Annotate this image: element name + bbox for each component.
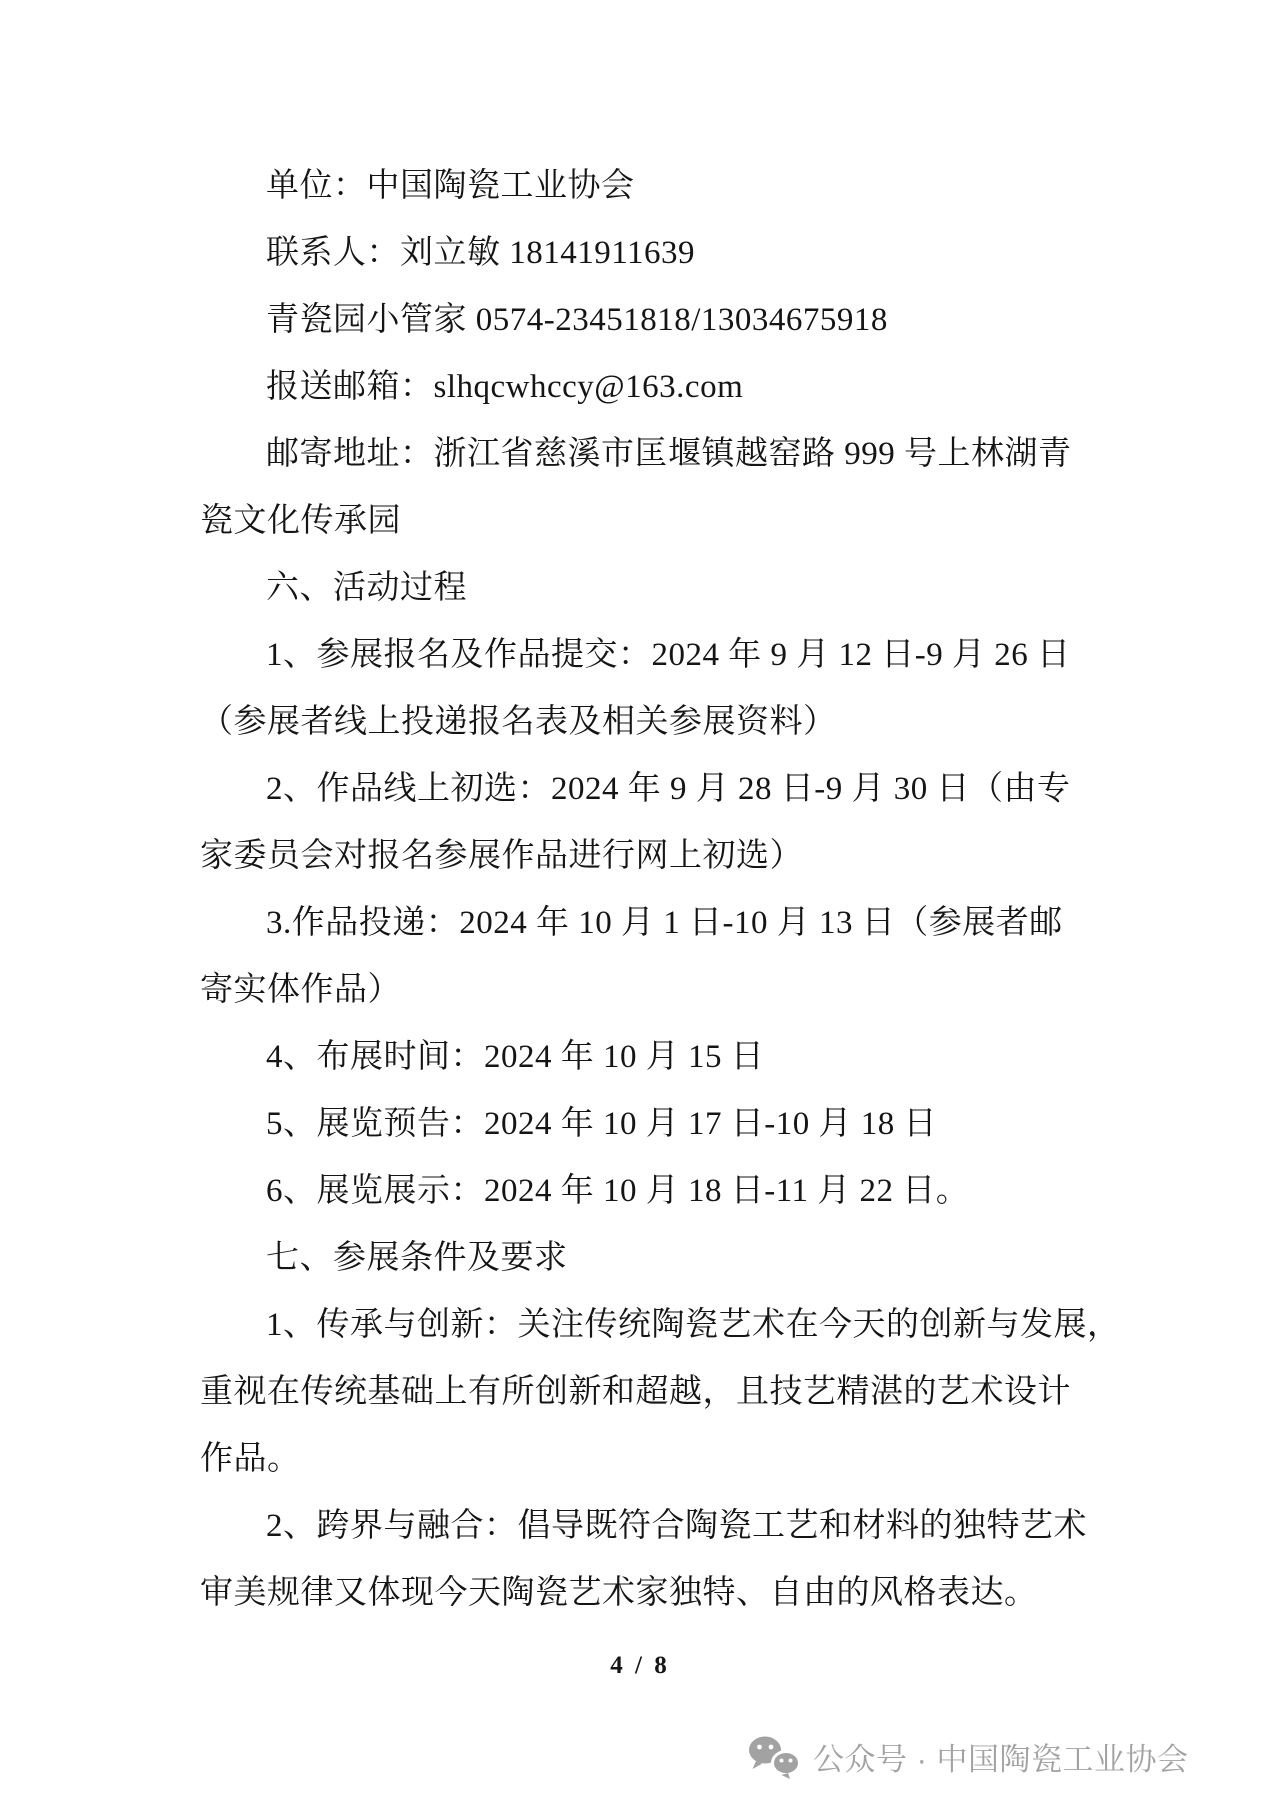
page-number: 4 / 8 (0, 1652, 1280, 1680)
doc-line-email: 报送邮箱：slhqcwhccy@163.com (200, 354, 1130, 421)
doc-line-req-1a: 1、传承与创新：关注传统陶瓷艺术在今天的创新与发展， (200, 1292, 1130, 1359)
doc-line-req-1b: 重视在传统基础上有所创新和超越，且技艺精湛的艺术设计 (200, 1359, 1130, 1426)
doc-line-item-2a: 2、作品线上初选：2024 年 9 月 28 日-9 月 30 日（由专 (200, 756, 1130, 823)
doc-line-address-2: 瓷文化传承园 (200, 488, 1130, 555)
doc-line-item-1a: 1、参展报名及作品提交：2024 年 9 月 12 日-9 月 26 日 (200, 622, 1130, 689)
doc-line-section-6: 六、活动过程 (200, 555, 1130, 622)
doc-line-address-1: 邮寄地址：浙江省慈溪市匡堰镇越窑路 999 号上林湖青 (200, 421, 1130, 488)
wechat-icon (748, 1735, 801, 1779)
watermark-label: 公众号 · 中国陶瓷工业协会 (813, 1734, 1189, 1779)
doc-line-item-2b: 家委员会对报名参展作品进行网上初选） (200, 823, 1130, 890)
doc-line-req-1c: 作品。 (200, 1426, 1130, 1493)
doc-line-req-2b: 审美规律又体现今天陶瓷艺术家独特、自由的风格表达。 (200, 1560, 1130, 1627)
doc-line-item-4: 4、布展时间：2024 年 10 月 15 日 (200, 1024, 1130, 1091)
doc-line-item-3a: 3.作品投递：2024 年 10 月 1 日-10 月 13 日（参展者邮 (200, 890, 1130, 957)
doc-line-item-3b: 寄实体作品） (200, 957, 1130, 1024)
doc-line-item-5: 5、展览预告：2024 年 10 月 17 日-10 月 18 日 (200, 1091, 1130, 1158)
wechat-watermark: 公众号 · 中国陶瓷工业协会 (748, 1734, 1189, 1779)
doc-line-phone: 青瓷园小管家 0574-23451818/13034675918 (200, 287, 1130, 354)
doc-line-contact: 联系人：刘立敏 18141911639 (200, 220, 1130, 287)
doc-line-section-7: 七、参展条件及要求 (200, 1225, 1130, 1292)
doc-line-unit: 单位：中国陶瓷工业协会 (200, 153, 1130, 220)
document-page: 单位：中国陶瓷工业协会 联系人：刘立敏 18141911639 青瓷园小管家 0… (0, 0, 1280, 1809)
doc-line-item-6: 6、展览展示：2024 年 10 月 18 日-11 月 22 日。 (200, 1158, 1130, 1225)
doc-line-item-1b: （参展者线上投递报名表及相关参展资料） (200, 689, 1130, 756)
document-body: 单位：中国陶瓷工业协会 联系人：刘立敏 18141911639 青瓷园小管家 0… (200, 153, 1130, 1627)
doc-line-req-2a: 2、跨界与融合：倡导既符合陶瓷工艺和材料的独特艺术 (200, 1493, 1130, 1560)
